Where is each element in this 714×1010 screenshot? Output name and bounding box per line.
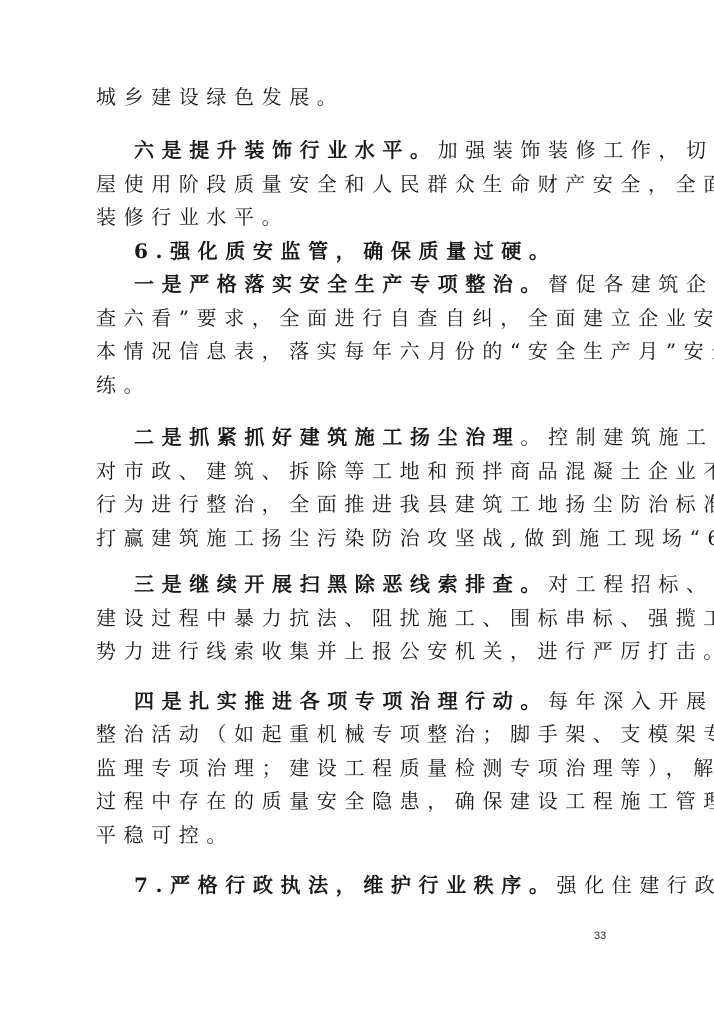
text-line: 四是扎实推进各项专项治理行动。每年深入开展各项专项 xyxy=(134,689,674,713)
bold-heading: 6.强化质安监管，确保质量过硬。 xyxy=(134,239,556,263)
text-line: 三是继续开展扫黑除恶线索排查。对工程招标、工程项目 xyxy=(134,572,674,596)
bold-heading: 三是继续开展扫黑除恶线索排查。 xyxy=(134,572,548,596)
bold-heading: 六是提升装饰行业水平。 xyxy=(134,138,438,162)
body-text: 。控制建筑施工扬尘污染， xyxy=(520,425,714,449)
body-text: 查六看”要求，全面进行自查自纠，全面建立企业安全生产基 xyxy=(96,306,714,330)
body-text: 监理专项治理；建设工程质量检测专项治理等），解决在生产 xyxy=(96,756,714,780)
bold-heading: 四是扎实推进各项专项治理行动。 xyxy=(134,689,548,713)
text-line: 练。 xyxy=(96,373,636,397)
body-text: 城乡建设绿色发展。 xyxy=(96,85,344,109)
body-text: 装修行业水平。 xyxy=(96,205,289,229)
body-text: 整治活动（如起重机械专项整治；脚手架、支模架专项整治； xyxy=(96,722,714,746)
body-text: 平稳可控。 xyxy=(96,823,234,847)
body-text: 行为进行整治，全面推进我县建筑工地扬尘防治标准化，切实 xyxy=(96,492,714,516)
body-text: 过程中存在的质量安全隐患，确保建设工程施工管理总体保持 xyxy=(96,789,714,813)
text-line: 屋使用阶段质量安全和人民群众生命财产安全，全面提升装饰 xyxy=(96,172,636,196)
text-line: 二是抓紧抓好建筑施工扬尘治理。控制建筑施工扬尘污染， xyxy=(134,425,674,449)
text-line: 整治活动（如起重机械专项整治；脚手架、支模架专项整治； xyxy=(96,722,636,746)
text-line: 6.强化质安监管，确保质量过硬。 xyxy=(134,239,674,263)
text-line: 本情况信息表，落实每年六月份的“安全生产月”安全生产演 xyxy=(96,339,636,363)
text-line: 查六看”要求，全面进行自查自纠，全面建立企业安全生产基 xyxy=(96,306,636,330)
body-text: 加强装饰装修工作，切实保障房 xyxy=(438,138,714,162)
body-text: 屋使用阶段质量安全和人民群众生命财产安全，全面提升装饰 xyxy=(96,172,714,196)
body-text: 每年深入开展各项专项 xyxy=(548,689,714,713)
bold-heading: 二是抓紧抓好建筑施工扬尘治理 xyxy=(134,425,520,449)
body-text: 建设过程中暴力抗法、阻扰施工、围标串标、强揽工程等黑恶 xyxy=(96,606,714,630)
text-line: 建设过程中暴力抗法、阻扰施工、围标串标、强揽工程等黑恶 xyxy=(96,606,636,630)
text-line: 过程中存在的质量安全隐患，确保建设工程施工管理总体保持 xyxy=(96,789,636,813)
text-line: 六是提升装饰行业水平。加强装饰装修工作，切实保障房 xyxy=(134,138,674,162)
text-line: 打赢建筑施工扬尘污染防治攻坚战,做到施工现场“6个100%”。 xyxy=(96,526,636,550)
text-line: 平稳可控。 xyxy=(96,823,636,847)
text-line: 7.严格行政执法，维护行业秩序。强化住建行政执法联动 xyxy=(134,873,674,897)
body-text: 打赢建筑施工扬尘污染防治攻坚战,做到施工现场“6个100%”。 xyxy=(96,526,714,550)
body-text: 势力进行线索收集并上报公安机关，进行严厉打击。 xyxy=(96,639,714,663)
bold-heading: 7.严格行政执法，维护行业秩序。 xyxy=(134,873,556,897)
text-line: 对市政、建筑、拆除等工地和预拌商品混凝土企业不文明生产 xyxy=(96,459,636,483)
text-line: 城乡建设绿色发展。 xyxy=(96,85,636,109)
body-text: 对市政、建筑、拆除等工地和预拌商品混凝土企业不文明生产 xyxy=(96,459,714,483)
body-text: 强化住建行政执法联动 xyxy=(556,873,714,897)
bold-heading: 一是严格落实安全生产专项整治。 xyxy=(134,272,548,296)
body-text: 练。 xyxy=(96,373,151,397)
page-number: 33 xyxy=(594,930,606,942)
text-line: 装修行业水平。 xyxy=(96,205,636,229)
body-text: 本情况信息表，落实每年六月份的“安全生产月”安全生产演 xyxy=(96,339,714,363)
text-line: 行为进行整治，全面推进我县建筑工地扬尘防治标准化，切实 xyxy=(96,492,636,516)
document-page: 城乡建设绿色发展。六是提升装饰行业水平。加强装饰装修工作，切实保障房屋使用阶段质… xyxy=(0,0,714,1010)
text-line: 监理专项治理；建设工程质量检测专项治理等），解决在生产 xyxy=(96,756,636,780)
body-text: 督促各建筑企业按“六 xyxy=(548,272,714,296)
text-line: 一是严格落实安全生产专项整治。督促各建筑企业按“六 xyxy=(134,272,674,296)
text-line: 势力进行线索收集并上报公安机关，进行严厉打击。 xyxy=(96,639,636,663)
body-text: 对工程招标、工程项目 xyxy=(548,572,714,596)
